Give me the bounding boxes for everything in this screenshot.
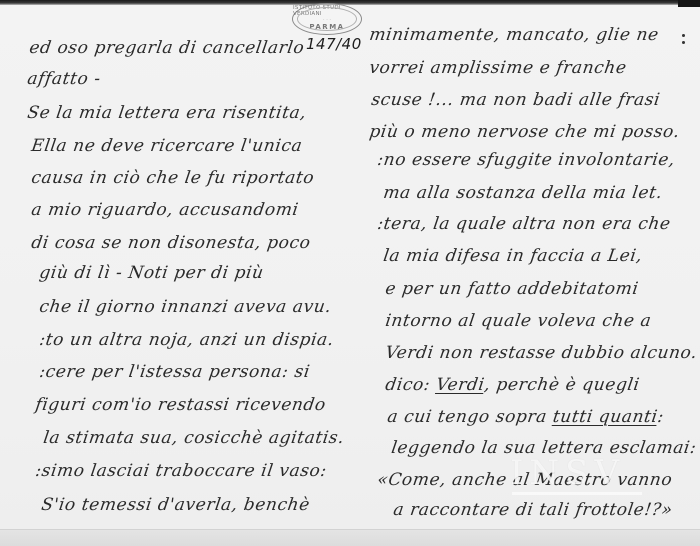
handwritten-line: minimamente, mancato, glie ne: [368, 25, 660, 45]
handwritten-line: scuse !... ma non badi alle frasi: [370, 90, 662, 110]
handwritten-line: :no essere sfuggite involontarie,: [376, 150, 676, 170]
handwritten-line: la stimata sua, cosicchè agitatis.: [42, 428, 346, 448]
underlined-phrase: tutti quanti: [552, 407, 659, 427]
handwritten-line: S'io temessi d'averla, benchè: [40, 495, 311, 515]
handwritten-line: a mio riguardo, accusandomi: [30, 200, 300, 220]
handwritten-line: intorno al quale voleva che a: [384, 311, 653, 331]
handwritten-line: vorrei amplissime e franche: [368, 58, 628, 78]
handwritten-line: :to un altra noja, anzi un dispia.: [38, 330, 335, 350]
handwritten-line: Ella ne deve ricercare l'unica: [30, 136, 304, 156]
handwritten-line: «Come, anche al Maestro vanno: [376, 470, 674, 490]
handwritten-line: la mia difesa in faccia a Lei,: [382, 246, 644, 266]
scan-bottom-margin: [0, 529, 700, 546]
underlined-word: Verdi: [435, 375, 486, 395]
handwritten-line: Verdi non restasse dubbio alcuno.: [384, 343, 699, 363]
handwritten-line: e per un fatto addebitatomi: [384, 279, 640, 299]
handwritten-line: leggendo la sua lettera esclamai:: [390, 438, 698, 458]
handwritten-line: causa in ciò che le fu riportato: [30, 168, 316, 188]
handwritten-line: Se la mia lettera era risentita,: [26, 103, 308, 123]
scanned-letter: ISTITUTO STUDI VERDIANI · · · PARMA 147/…: [0, 0, 700, 546]
handwritten-line: a raccontare di tali frottole!?»: [392, 500, 674, 520]
right-page: minimamente, mancato, glie ne vorrei amp…: [350, 0, 700, 530]
handwritten-line: che il giorno innanzi aveva avu.: [38, 297, 333, 317]
handwritten-line: :simo lasciai traboccare il vaso:: [34, 461, 328, 481]
handwritten-line: giù di lì - Noti per di più: [38, 263, 265, 283]
handwritten-line: :cere per l'istessa persona: si: [38, 362, 311, 382]
handwritten-line: figuri com'io restassi ricevendo: [34, 395, 327, 415]
handwritten-line: ma alla sostanza della mia let.: [382, 183, 664, 203]
handwritten-line: più o meno nervose che mi posso.: [368, 122, 681, 142]
handwritten-line-with-underline: a cui tengo sopra tutti quanti:: [386, 407, 665, 427]
left-page: ed oso pregarla di cancellarlo affatto -…: [0, 0, 345, 530]
handwritten-line: affatto -: [26, 69, 102, 89]
handwritten-line: ed oso pregarla di cancellarlo: [28, 38, 306, 58]
handwritten-line: :tera, la quale altra non era che: [376, 214, 672, 234]
handwritten-line-with-underline: dico: Verdi, perchè è quegli: [384, 375, 641, 395]
handwritten-line: di cosa se non disonesta, poco: [30, 233, 312, 253]
watermark-subtitle-bar: [512, 492, 642, 495]
